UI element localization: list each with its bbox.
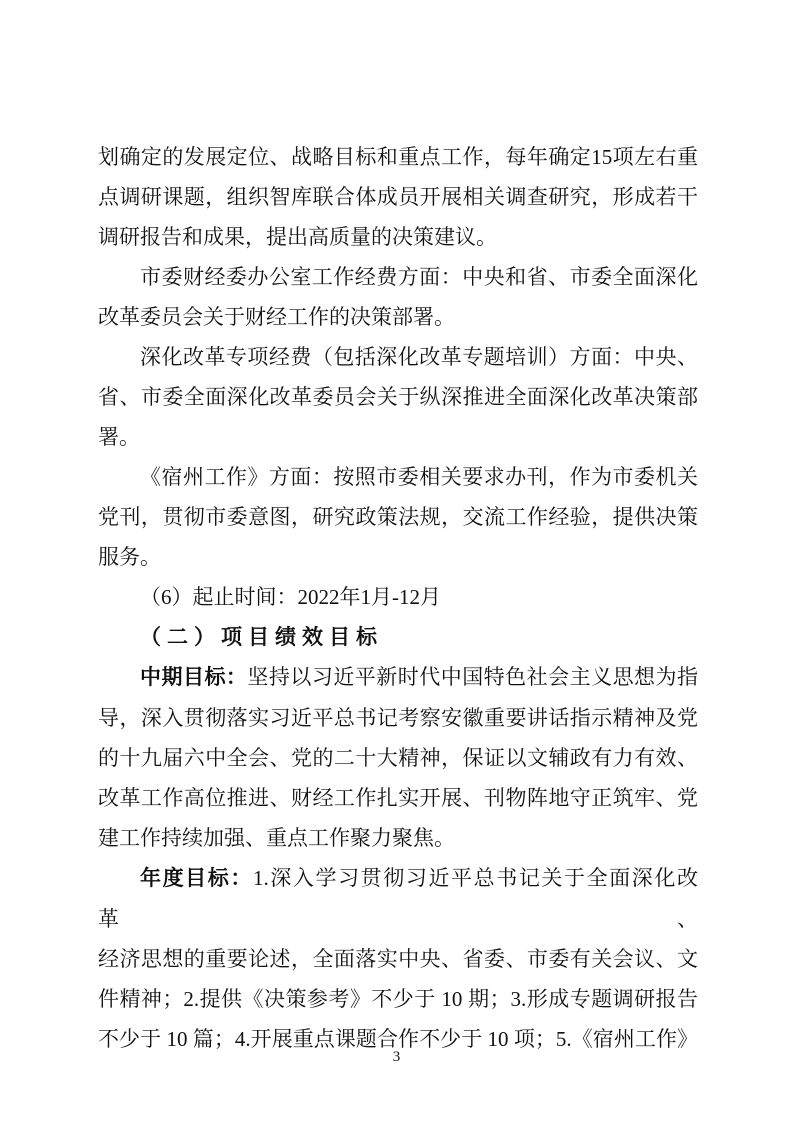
text-line: 深化改革专项经费（包括深化改革专题培训）方面：中央、 bbox=[98, 337, 698, 377]
text-run: 改革工作高位推进、财经工作扎实开展、刊物阵地守正筑牢、党 bbox=[98, 786, 698, 810]
text-run: 调研报告和成果，提出高质量的决策建议。 bbox=[98, 225, 497, 249]
text-run: 党刊，贯彻市委意图，研究政策法规，交流工作经验，提供决策 bbox=[98, 505, 698, 529]
text-line: 市委财经委办公室工作经费方面：中央和省、市委全面深化 bbox=[98, 257, 698, 297]
bold-run: 年度目标： bbox=[140, 867, 253, 890]
bold-run: （二）项目绩效目标 bbox=[140, 625, 383, 649]
text-line: 党刊，贯彻市委意图，研究政策法规，交流工作经验，提供决策 bbox=[98, 497, 698, 537]
text-run: 署。 bbox=[98, 425, 140, 449]
text-line: （二）项目绩效目标 bbox=[98, 617, 698, 657]
heading-project-performance-goals: （二）项目绩效目标 bbox=[98, 617, 698, 657]
bold-run: 中期目标： bbox=[140, 666, 247, 689]
text-run: 件精神；2.提供《决策参考》不少于 10 期；3.形成专题调研报告 bbox=[98, 987, 698, 1011]
document-content: 划确定的发展定位、战略目标和重点工作，每年确定15项左右重点调研课题，组织智库联… bbox=[98, 137, 698, 1059]
text-run: 点调研课题，组织智库联合体成员开展相关调查研究，形成若干 bbox=[98, 185, 698, 209]
text-run: （6）起止时间：2022年1月-12月 bbox=[140, 585, 441, 609]
text-run: 划确定的发展定位、战略目标和重点工作，每年确定15项左右重 bbox=[98, 145, 698, 169]
para-mid-term-goals: 中期目标：坚持以习近平新时代中国特色社会主义思想为指导，深入贯彻落实习近平总书记… bbox=[98, 657, 698, 858]
text-line: 改革工作高位推进、财经工作扎实开展、刊物阵地守正筑牢、党 bbox=[98, 778, 698, 818]
text-line: 年度目标：1.深入学习贯彻习近平总书记关于全面深化改革、 bbox=[98, 858, 698, 939]
text-line: 改革委员会关于财经工作的决策部署。 bbox=[98, 297, 698, 337]
text-run: 导，深入贯彻落实习近平总书记考察安徽重要讲话指示精神及党 bbox=[98, 706, 698, 730]
text-run: 《宿州工作》方面：按照市委相关要求办刊，作为市委机关 bbox=[140, 465, 698, 489]
text-line: 件精神；2.提供《决策参考》不少于 10 期；3.形成专题调研报告 bbox=[98, 979, 698, 1019]
text-run: 建工作持续加强、重点工作聚力聚焦。 bbox=[98, 826, 455, 850]
para-finance-office-funds: 市委财经委办公室工作经费方面：中央和省、市委全面深化改革委员会关于财经工作的决策… bbox=[98, 257, 698, 337]
text-run: 坚持以习近平新时代中国特色社会主义思想为指 bbox=[247, 665, 698, 689]
document-page: 划确定的发展定位、战略目标和重点工作，每年确定15项左右重点调研课题，组织智库联… bbox=[0, 0, 793, 1122]
page-footer: 3 bbox=[0, 1048, 793, 1066]
text-line: （6）起止时间：2022年1月-12月 bbox=[98, 577, 698, 617]
text-line: 省、市委全面深化改革委员会关于纵深推进全面深化改革决策部 bbox=[98, 377, 698, 417]
text-line: 调研报告和成果，提出高质量的决策建议。 bbox=[98, 217, 698, 257]
text-run: 市委财经委办公室工作经费方面：中央和省、市委全面深化 bbox=[140, 265, 698, 289]
text-line: 划确定的发展定位、战略目标和重点工作，每年确定15项左右重 bbox=[98, 137, 698, 177]
text-line: 的十九届六中全会、党的二十大精神，保证以文辅政有力有效、 bbox=[98, 738, 698, 778]
text-line: 点调研课题，组织智库联合体成员开展相关调查研究，形成若干 bbox=[98, 177, 698, 217]
text-run: 的十九届六中全会、党的二十大精神，保证以文辅政有力有效、 bbox=[98, 746, 698, 770]
text-line: 建工作持续加强、重点工作聚力聚焦。 bbox=[98, 818, 698, 858]
page-number: 3 bbox=[393, 1049, 401, 1065]
para-start-end-time: （6）起止时间：2022年1月-12月 bbox=[98, 577, 698, 617]
text-line: 服务。 bbox=[98, 537, 698, 577]
text-run: 经济思想的重要论述，全面落实中央、省委、市委有关会议、文 bbox=[98, 947, 698, 971]
text-line: 署。 bbox=[98, 417, 698, 457]
para-suzhou-work-journal: 《宿州工作》方面：按照市委相关要求办刊，作为市委机关党刊，贯彻市委意图，研究政策… bbox=[98, 457, 698, 577]
text-line: 导，深入贯彻落实习近平总书记考察安徽重要讲话指示精神及党 bbox=[98, 698, 698, 738]
para-reform-special-funds: 深化改革专项经费（包括深化改革专题培训）方面：中央、省、市委全面深化改革委员会关… bbox=[98, 337, 698, 457]
text-run: 改革委员会关于财经工作的决策部署。 bbox=[98, 305, 455, 329]
text-line: 《宿州工作》方面：按照市委相关要求办刊，作为市委机关 bbox=[98, 457, 698, 497]
para-annual-goals: 年度目标：1.深入学习贯彻习近平总书记关于全面深化改革、经济思想的重要论述，全面… bbox=[98, 858, 698, 1059]
text-line: 中期目标：坚持以习近平新时代中国特色社会主义思想为指 bbox=[98, 657, 698, 698]
para-plan-goals-continuation: 划确定的发展定位、战略目标和重点工作，每年确定15项左右重点调研课题，组织智库联… bbox=[98, 137, 698, 257]
text-run: 省、市委全面深化改革委员会关于纵深推进全面深化改革决策部 bbox=[98, 385, 698, 409]
text-line: 经济思想的重要论述，全面落实中央、省委、市委有关会议、文 bbox=[98, 939, 698, 979]
text-run: 服务。 bbox=[98, 545, 161, 569]
text-run: 深化改革专项经费（包括深化改革专题培训）方面：中央、 bbox=[140, 345, 698, 369]
